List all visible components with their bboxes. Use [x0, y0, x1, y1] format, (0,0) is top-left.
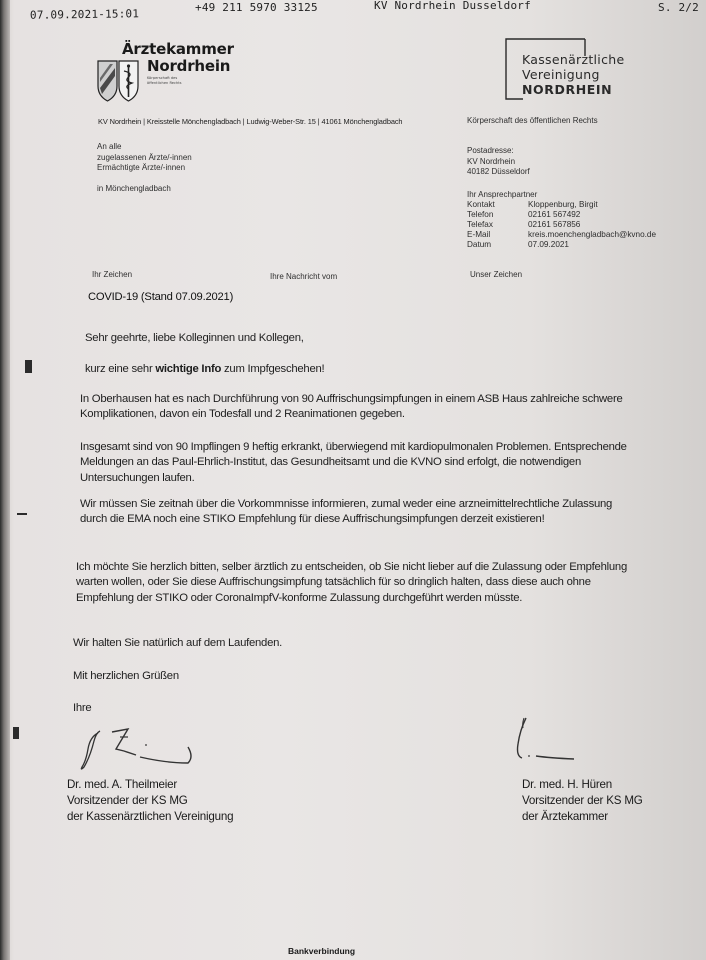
- signatory-1: Dr. med. A. Theilmeier Vorsitzender der …: [67, 777, 233, 825]
- aerztekammer-logo-line2: Nordrhein: [147, 59, 230, 74]
- signature-theilmeier-icon: [76, 727, 201, 779]
- aerztekammer-shield-icon: [96, 58, 140, 106]
- signatory-2: Dr. med. H. Hüren Vorsitzender der KS MG…: [522, 777, 643, 825]
- contact-row: KontaktKloppenburg, Birgit: [467, 200, 656, 210]
- fax-page-number: S. 2/2: [658, 1, 699, 14]
- contact-row: E-Mailkreis.moenchengladbach@kvno.de: [467, 230, 656, 240]
- legal-form: Körperschaft des öffentlichen Rechts: [467, 116, 598, 127]
- contact-row: Telefax02161 567856: [467, 220, 656, 230]
- ref-ihre-nachricht: Ihre Nachricht vom: [270, 272, 337, 283]
- postal-address: Postadresse: KV Nordrhein 40182 Düsseldo…: [467, 146, 530, 178]
- fax-phone: +49 211 5970 33125: [195, 1, 318, 14]
- sender-address-line: KV Nordrhein | Kreisstelle Mönchengladba…: [98, 117, 402, 126]
- closing-note: Wir halten Sie natürlich auf dem Laufend…: [73, 636, 282, 651]
- aerztekammer-logo-line1: Ärztekammer: [122, 42, 234, 57]
- fax-sender: KV Nordrhein Dusseldorf: [374, 0, 531, 12]
- fax-timestamp: 07.09.2021-15:01: [30, 7, 139, 22]
- paragraph-3: Wir müssen Sie zeitnah über die Vorkommn…: [80, 497, 636, 528]
- paragraph-1: In Oberhausen hat es nach Durchführung v…: [80, 392, 632, 423]
- letter-subject: COVID-19 (Stand 07.09.2021): [88, 291, 233, 303]
- recipient-address: An alle zugelassenen Ärzte/-innen Ermäch…: [97, 142, 192, 194]
- ref-ihr-zeichen: Ihr Zeichen: [92, 270, 132, 281]
- footer-bank-label: Bankverbindung: [288, 946, 355, 956]
- intro-line: kurz eine sehr wichtige Info zum Impfges…: [85, 362, 324, 377]
- aerztekammer-logo-subtitle: Körperschaft des öffentlichen Rechts: [147, 76, 182, 86]
- fold-mark: [17, 513, 27, 515]
- signature-hueren-icon: [510, 714, 590, 770]
- page-edge-shadow: [0, 0, 10, 960]
- contact-row: Datum07.09.2021: [467, 240, 656, 250]
- punch-mark: [13, 727, 19, 739]
- paragraph-4: Ich möchte Sie herzlich bitten, selber ä…: [76, 560, 646, 606]
- greeting: Mit herzlichen Grüßen: [73, 669, 179, 684]
- ihre-line: Ihre: [73, 701, 91, 716]
- ref-unser-zeichen: Unser Zeichen: [470, 270, 522, 281]
- paragraph-2: Insgesamt sind von 90 Impflingen 9 hefti…: [80, 440, 638, 486]
- contact-email[interactable]: kreis.moenchengladbach@kvno.de: [528, 230, 656, 240]
- kv-logo-text: Kassenärztliche Vereinigung NORDRHEIN: [522, 52, 624, 97]
- salutation: Sehr geehrte, liebe Kolleginnen und Koll…: [85, 331, 304, 346]
- contact-table: KontaktKloppenburg, Birgit Telefon02161 …: [467, 200, 656, 250]
- punch-mark: [25, 360, 32, 373]
- contact-heading: Ihr Ansprechpartner: [467, 190, 537, 201]
- contact-row: Telefon02161 567492: [467, 210, 656, 220]
